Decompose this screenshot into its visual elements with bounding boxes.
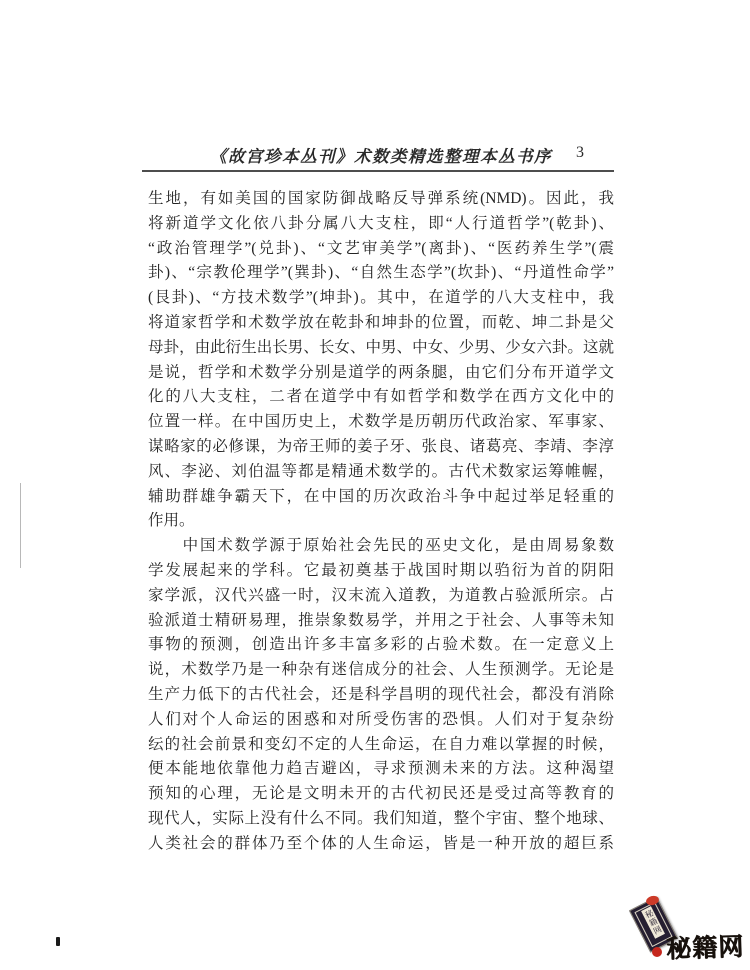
scan-artifact-speck xyxy=(56,937,60,946)
text-line: 谋略家的必修课，为帝王师的姜子牙、张良、诸葛亮、李靖、李淳 xyxy=(148,435,614,460)
scanned-book-page: { "header": { "title": "《故宫珍本丛刊》术数类精选整理本… xyxy=(0,0,750,970)
text-line: 风、李泌、刘伯温等都是精通术数学的。古代术数家运筹帷幄， xyxy=(148,460,614,485)
text-line: 母卦，由此衍生出长男、长女、中男、中女、少男、少女六卦。这就 xyxy=(148,336,614,361)
scan-artifact-edge-line xyxy=(20,483,21,568)
text-line: 纭的社会前景和变幻不定的人生命运，在自力难以掌握的时候， xyxy=(148,733,614,758)
text-line: 验派道士精研易理，推崇象数易学，并用之于社会、人事等未知 xyxy=(148,609,614,634)
text-line: 便本能地依靠他力趋吉避凶，寻求预测未来的方法。这种渴望 xyxy=(148,757,614,782)
text-line: 预知的心理，无论是文明未开的古代初民还是受过高等教育的 xyxy=(148,782,614,807)
text-line: 将新道学文化依八卦分属八大支柱，即“人行道哲学”(乾卦)、 xyxy=(148,212,614,237)
text-line: 将道家哲学和术数学放在乾卦和坤卦的位置，而乾、坤二卦是父 xyxy=(148,311,614,336)
text-line: 家学派，汉代兴盛一时，汉末流入道教，为道教占验派所宗。占 xyxy=(148,584,614,609)
text-line: 中国术数学源于原始社会先民的巫史文化，是由周易象数 xyxy=(148,534,614,559)
body-text: 生地，有如美国的国家防御战略反导弹系统(NMD)。因此，我将新道学文化依八卦分属… xyxy=(148,187,614,857)
red-seal-dot-icon xyxy=(652,947,662,957)
text-line: “政治管理学”(兑卦)、“文艺审美学”(离卦)、“医药养生学”(震 xyxy=(148,237,614,262)
text-line: 人类社会的群体乃至个体的人生命运，皆是一种开放的超巨系 xyxy=(148,832,614,857)
text-line: 生地，有如美国的国家防御战略反导弹系统(NMD)。因此，我 xyxy=(148,187,614,212)
text-line: 人们对个人命运的困惑和对所受伤害的恐惧。人们对于复杂纷 xyxy=(148,708,614,733)
watermark-text: 秘籍网 xyxy=(665,927,744,966)
page-header: 《故宫珍本丛刊》术数类精选整理本丛书序 3 xyxy=(148,143,614,167)
header-rule xyxy=(142,170,614,172)
page-title: 《故宫珍本丛刊》术数类精选整理本丛书序 xyxy=(148,143,614,167)
text-line: 生产力低下的古代社会，还是科学昌明的现代社会，都没有消除 xyxy=(148,683,614,708)
text-line: 学发展起来的学科。它最初奠基于战国时期以驺衍为首的阴阳 xyxy=(148,559,614,584)
text-line: 化的八大支柱，二者在道学中有如哲学和数学在西方文化中的 xyxy=(148,385,614,410)
text-line: 事物的预测，创造出许多丰富多彩的占验术数。在一定意义上 xyxy=(148,633,614,658)
text-line: 辅助群雄争霸天下，在中国的历次政治斗争中起过举足轻重的 xyxy=(148,485,614,510)
page-number: 3 xyxy=(576,144,584,162)
text-line: 作用。 xyxy=(148,509,614,534)
text-line: (艮卦)、“方技术数学”(坤卦)。其中，在道学的八大支柱中，我 xyxy=(148,286,614,311)
text-line: 是说，哲学和术数学分别是道学的两条腿，由它们分布开道学文 xyxy=(148,361,614,386)
text-line: 位置一样。在中国历史上，术数学是历朝历代政治家、军事家、 xyxy=(148,410,614,435)
site-watermark: 秘籍网 秘籍网 xyxy=(626,890,750,970)
text-line: 卦)、“宗教伦理学”(巽卦)、“自然生态学”(坎卦)、“丹道性命学” xyxy=(148,261,614,286)
text-line: 现代人，实际上没有什么不同。我们知道，整个宇宙、整个地球、 xyxy=(148,807,614,832)
text-line: 说，术数学乃是一种杂有迷信成分的社会、人生预测学。无论是 xyxy=(148,658,614,683)
